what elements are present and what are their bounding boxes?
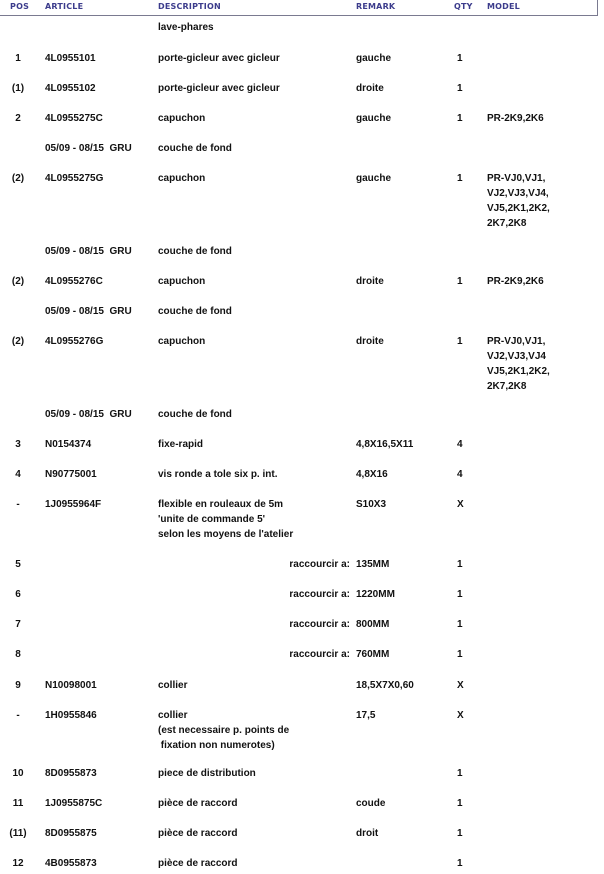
description-cell: collier [158,678,187,693]
qty-cell: 1 [457,171,463,186]
remark-cell: gauche [356,51,391,66]
article-cell: 4L0955275C [45,111,103,126]
article-cell: 1H0955846 [45,708,97,723]
qty-cell: 1 [457,796,463,811]
pos-cell: (11) [0,826,36,841]
qty-cell: 1 [457,557,463,572]
description-cell: flexible en rouleaux de 5m 'unite de com… [158,497,293,542]
remark-cell: gauche [356,111,391,126]
pos-cell: (2) [0,274,36,289]
article-cell: 1J0955875C [45,796,102,811]
description-cell: collier (est necessaire p. points de fix… [158,708,289,753]
article-cell: 4B0955873 [45,856,97,871]
qty-cell: X [457,708,464,723]
article-cell: 4L0955275G [45,171,103,186]
description-cell: couche de fond [158,244,232,259]
article-cell: 4L0955102 [45,81,96,96]
model-cell: PR-VJ0,VJ1, VJ2,VJ3,VJ4 VJ5,2K1,2K2, 2K7… [487,334,550,394]
qty-cell: 1 [457,334,463,349]
header-pos: POS [10,2,29,11]
pos-cell: 3 [0,437,36,452]
pos-cell: 2 [0,111,36,126]
pos-cell: 11 [0,796,36,811]
qty-cell: 1 [457,111,463,126]
description-cell: capuchon [158,111,205,126]
qty-cell: X [457,497,464,512]
pos-cell: 8 [0,647,36,662]
description-cell: couche de fond [158,304,232,319]
remark-cell: 760MM [356,647,389,662]
remark-cell: 1220MM [356,587,395,602]
header-model: MODEL [487,2,520,11]
pos-cell: - [0,708,36,723]
model-cell: PR-VJ0,VJ1, VJ2,VJ3,VJ4, VJ5,2K1,2K2, 2K… [487,171,550,231]
article-cell: 4L0955276G [45,334,103,349]
qty-cell: X [457,678,464,693]
description-note-cell: raccourcir a: [289,557,350,572]
description-cell: fixe-rapid [158,437,203,452]
qty-cell: 1 [457,856,463,871]
pos-cell: - [0,497,36,512]
pos-cell: (2) [0,334,36,349]
qty-cell: 1 [457,617,463,632]
article-cell: N10098001 [45,678,97,693]
description-cell: porte-gicleur avec gicleur [158,51,280,66]
qty-cell: 1 [457,647,463,662]
description-cell: piece de distribution [158,766,256,781]
description-cell: porte-gicleur avec gicleur [158,81,280,96]
table-header: POS ARTICLE DESCRIPTION REMARK QTY MODEL [0,0,598,16]
pos-cell: 5 [0,557,36,572]
description-cell: lave-phares [158,20,214,35]
pos-cell: 1 [0,51,36,66]
article-cell: N90775001 [45,467,97,482]
pos-cell: 6 [0,587,36,602]
remark-cell: droite [356,81,384,96]
article-cell: 05/09 - 08/15 GRU [45,244,132,259]
article-cell: 4L0955276C [45,274,103,289]
model-cell: PR-2K9,2K6 [487,274,544,289]
description-cell: pièce de raccord [158,796,237,811]
article-cell: 8D0955873 [45,766,97,781]
pos-cell: 7 [0,617,36,632]
description-cell: pièce de raccord [158,826,237,841]
qty-cell: 1 [457,587,463,602]
article-cell: 4L0955101 [45,51,96,66]
remark-cell: 4,8X16,5X11 [356,437,413,452]
model-cell: PR-2K9,2K6 [487,111,544,126]
article-cell: 1J0955964F [45,497,101,512]
article-cell: N0154374 [45,437,91,452]
remark-cell: droite [356,334,384,349]
remark-cell: 17,5 [356,708,375,723]
description-note-cell: raccourcir a: [289,647,350,662]
description-cell: vis ronde a tole six p. int. [158,467,277,482]
remark-cell: 18,5X7X0,60 [356,678,414,693]
article-cell: 05/09 - 08/15 GRU [45,304,132,319]
description-note-cell: raccourcir a: [289,587,350,602]
description-cell: couche de fond [158,407,232,422]
header-article: ARTICLE [45,2,83,11]
qty-cell: 1 [457,826,463,841]
pos-cell: 12 [0,856,36,871]
qty-cell: 1 [457,51,463,66]
qty-cell: 4 [457,437,463,452]
article-cell: 8D0955875 [45,826,97,841]
pos-cell: 10 [0,766,36,781]
remark-cell: 135MM [356,557,389,572]
remark-cell: coude [356,796,385,811]
header-description: DESCRIPTION [158,2,221,11]
article-cell: 05/09 - 08/15 GRU [45,141,132,156]
article-cell: 05/09 - 08/15 GRU [45,407,132,422]
description-cell: couche de fond [158,141,232,156]
remark-cell: S10X3 [356,497,386,512]
header-qty: QTY [454,2,473,11]
description-cell: pièce de raccord [158,856,237,871]
remark-cell: droite [356,274,384,289]
pos-cell: (2) [0,171,36,186]
description-cell: capuchon [158,171,205,186]
remark-cell: 800MM [356,617,389,632]
pos-cell: (1) [0,81,36,96]
remark-cell: 4,8X16 [356,467,388,482]
pos-cell: 4 [0,467,36,482]
header-remark: REMARK [356,2,395,11]
qty-cell: 4 [457,467,463,482]
qty-cell: 1 [457,81,463,96]
description-cell: capuchon [158,334,205,349]
remark-cell: droit [356,826,378,841]
description-note-cell: raccourcir a: [289,617,350,632]
qty-cell: 1 [457,766,463,781]
qty-cell: 1 [457,274,463,289]
pos-cell: 9 [0,678,36,693]
description-cell: capuchon [158,274,205,289]
remark-cell: gauche [356,171,391,186]
